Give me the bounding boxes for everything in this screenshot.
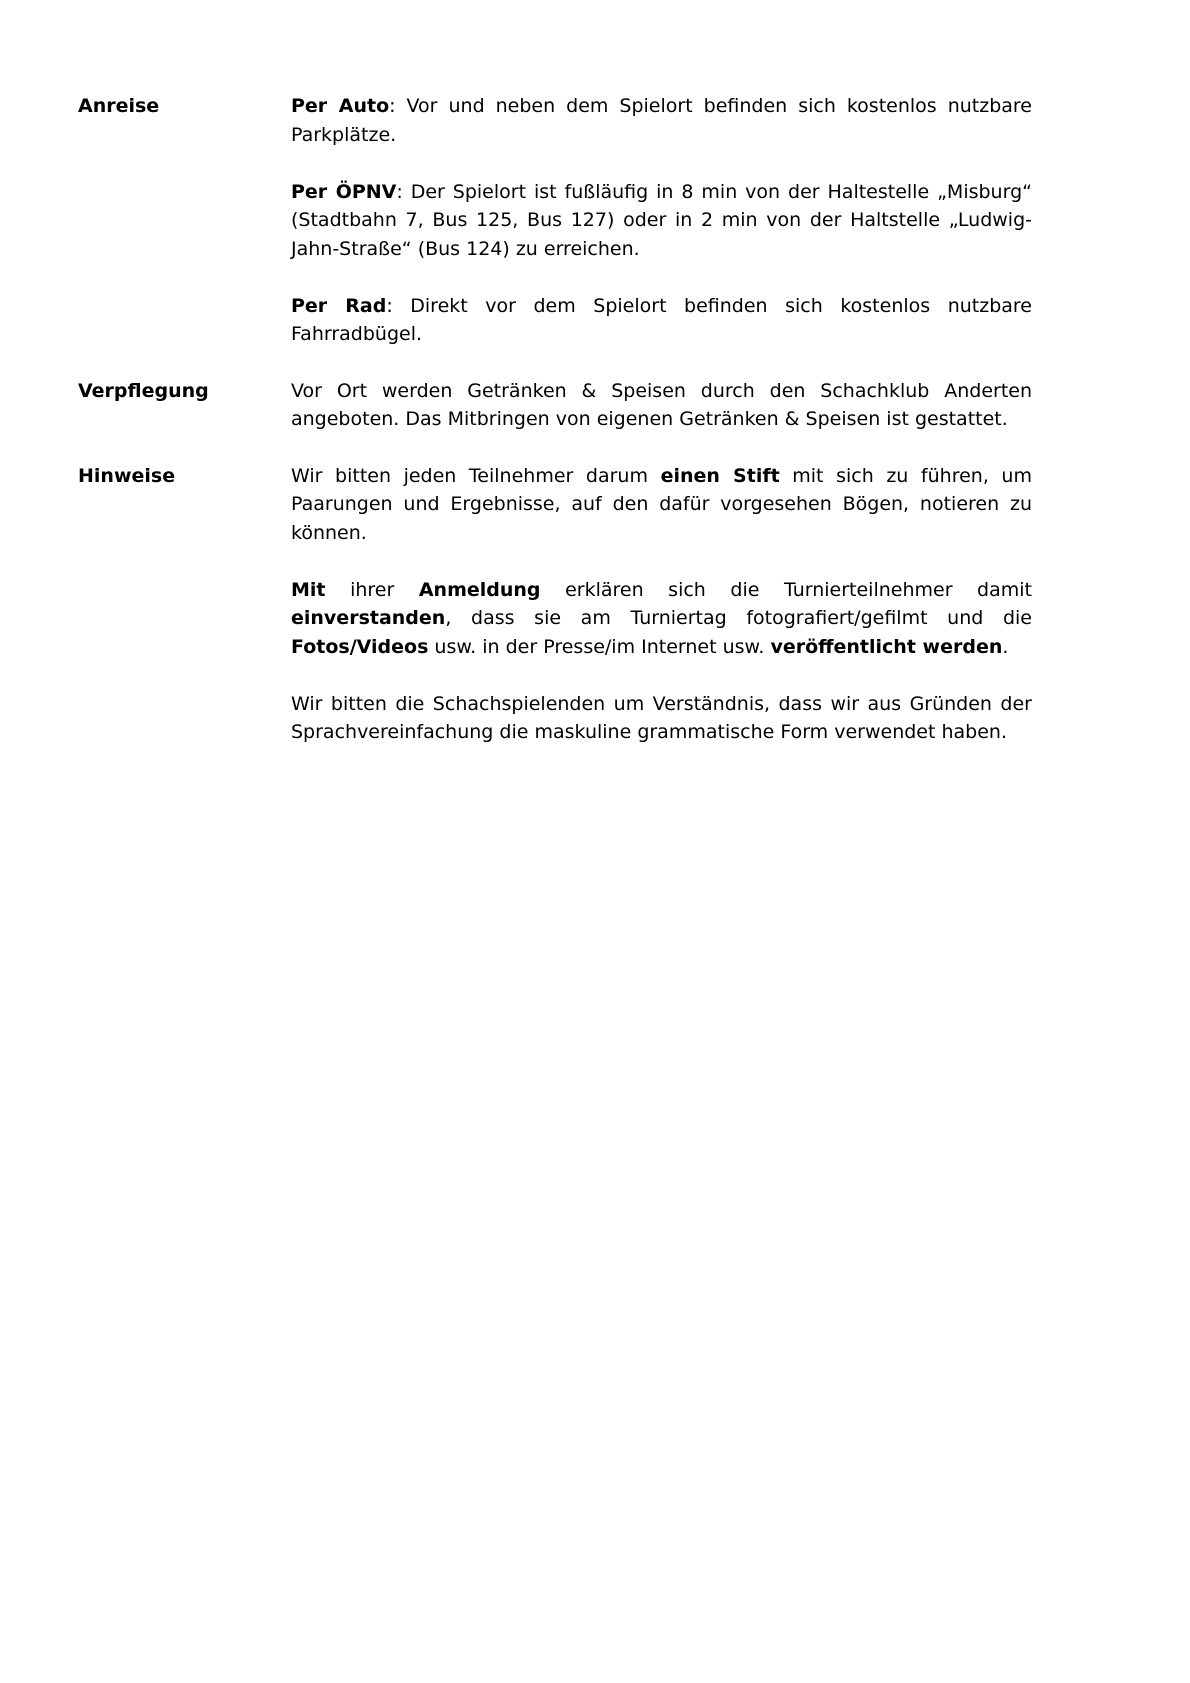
text-run: Vor Ort werden Getränken & Speisen durch… — [291, 380, 1032, 431]
paragraph: Wir bitten jeden Teilnehmer darum einen … — [291, 462, 1032, 548]
text-run: : Direkt vor dem Spielort befinden sich … — [291, 295, 1032, 346]
text-run: : Der Spielort ist fußläufig in 8 min vo… — [291, 181, 1032, 260]
paragraph: Wir bitten die Schachspielenden um Verst… — [291, 690, 1032, 747]
text-run: . — [1002, 636, 1008, 658]
text-run: ihrer — [326, 579, 419, 601]
bold-text: Per Rad — [291, 295, 386, 317]
bold-text: Per ÖPNV — [291, 181, 396, 203]
section-anreise: AnreisePer Auto: Vor und neben dem Spiel… — [78, 92, 1032, 349]
text-run: Wir bitten die Schachspielenden um Verst… — [291, 693, 1032, 744]
section-hinweise: HinweiseWir bitten jeden Teilnehmer daru… — [78, 462, 1032, 747]
bold-text: Per Auto — [291, 95, 389, 117]
text-run: usw. in der Presse/im Internet usw. — [428, 636, 770, 658]
paragraph: Per Rad: Direkt vor dem Spielort befinde… — [291, 292, 1032, 349]
section-content: Wir bitten jeden Teilnehmer darum einen … — [291, 462, 1032, 747]
bold-text: Anmeldung — [419, 579, 541, 601]
bold-text: einverstanden — [291, 607, 445, 629]
text-run: , dass sie am Turniertag fotografiert/ge… — [445, 607, 1032, 629]
text-run: : Vor und neben dem Spielort befinden si… — [291, 95, 1032, 146]
paragraph: Vor Ort werden Getränken & Speisen durch… — [291, 377, 1032, 434]
text-run: erklären sich die Turnierteilnehmer dami… — [541, 579, 1032, 601]
paragraph: Mit ihrer Anmeldung erklären sich die Tu… — [291, 576, 1032, 662]
section-label: Verpflegung — [78, 377, 291, 434]
bold-text: einen Stift — [661, 465, 780, 487]
bold-text: veröffentlicht werden — [770, 636, 1002, 658]
paragraph: Per Auto: Vor und neben dem Spielort bef… — [291, 92, 1032, 149]
document-page: AnreisePer Auto: Vor und neben dem Spiel… — [78, 92, 1032, 775]
section-verpflegung: VerpflegungVor Ort werden Getränken & Sp… — [78, 377, 1032, 434]
section-label: Anreise — [78, 92, 291, 349]
bold-text: Fotos/Videos — [291, 636, 428, 658]
text-run: Wir bitten jeden Teilnehmer darum — [291, 465, 661, 487]
bold-text: Mit — [291, 579, 326, 601]
section-label: Hinweise — [78, 462, 291, 747]
section-content: Vor Ort werden Getränken & Speisen durch… — [291, 377, 1032, 434]
paragraph: Per ÖPNV: Der Spielort ist fußläufig in … — [291, 178, 1032, 264]
section-content: Per Auto: Vor und neben dem Spielort bef… — [291, 92, 1032, 349]
